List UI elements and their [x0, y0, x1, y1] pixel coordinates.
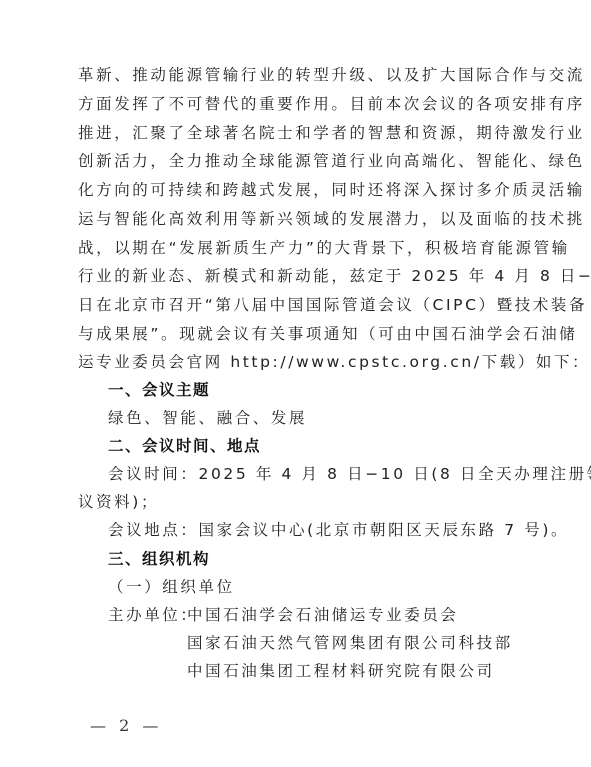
host-org: 中国石油集团工程材料研究院有限公司 — [187, 660, 495, 682]
body-line: 创新活力，全力推动全球能源管道行业向高端化、智能化、绿色 — [78, 150, 585, 172]
host-org: 国家石油天然气管网集团有限公司科技部 — [187, 632, 513, 654]
body-line: 运专业委员会官网 http://www.cpstc.org.cn/下载）如下： — [78, 351, 590, 373]
meeting-time-line-cont: 议资料)； — [78, 491, 159, 513]
body-line: 日在北京市召开“第八届中国国际管道会议（CIPC）暨技术装备 — [78, 294, 587, 316]
body-line: 行业的新业态、新模式和新动能，兹定于 2025 年 4 月 8 日−10 — [78, 265, 591, 287]
body-line: 运与智能化高效利用等新兴领域的发展潜力，以及面临的技术挑 — [78, 208, 585, 230]
section-heading-organization: 三、组织机构 — [108, 548, 210, 570]
body-line: 革新、推动能源管输行业的转型升级、以及扩大国际合作与交流 — [78, 64, 585, 86]
host-org: 中国石油学会石油储运专业委员会 — [187, 604, 459, 626]
body-line: 化方向的可持续和跨越式发展，同时还将深入探讨多介质灵活输 — [78, 179, 585, 201]
subheading-organizers: （一）组织单位 — [108, 576, 235, 598]
section-heading-time-location: 二、会议时间、地点 — [108, 435, 261, 457]
host-label: 主办单位： — [108, 604, 199, 626]
body-line: 推进，汇聚了全球著名院士和学者的智慧和资源，期待激发行业 — [78, 122, 585, 144]
page-number: — 2 — — [90, 716, 162, 735]
meeting-time-line: 会议时间：2025 年 4 月 8 日−10 日(8 日全天办理注册领取会 — [108, 463, 591, 485]
body-line: 战，以期在“发展新质生产力”的大背景下，积极培育能源管输 — [78, 237, 570, 259]
body-line: 方面发挥了不可替代的重要作用。目前本次会议的各项安排有序 — [78, 93, 585, 115]
section-heading-theme: 一、会议主题 — [108, 379, 210, 401]
theme-content: 绿色、智能、融合、发展 — [108, 407, 307, 429]
body-line: 与成果展”。现就会议有关事项通知（可由中国石油学会石油储 — [78, 323, 577, 345]
meeting-location: 会议地点：国家会议中心(北京市朝阳区天辰东路 7 号)。 — [108, 519, 569, 541]
